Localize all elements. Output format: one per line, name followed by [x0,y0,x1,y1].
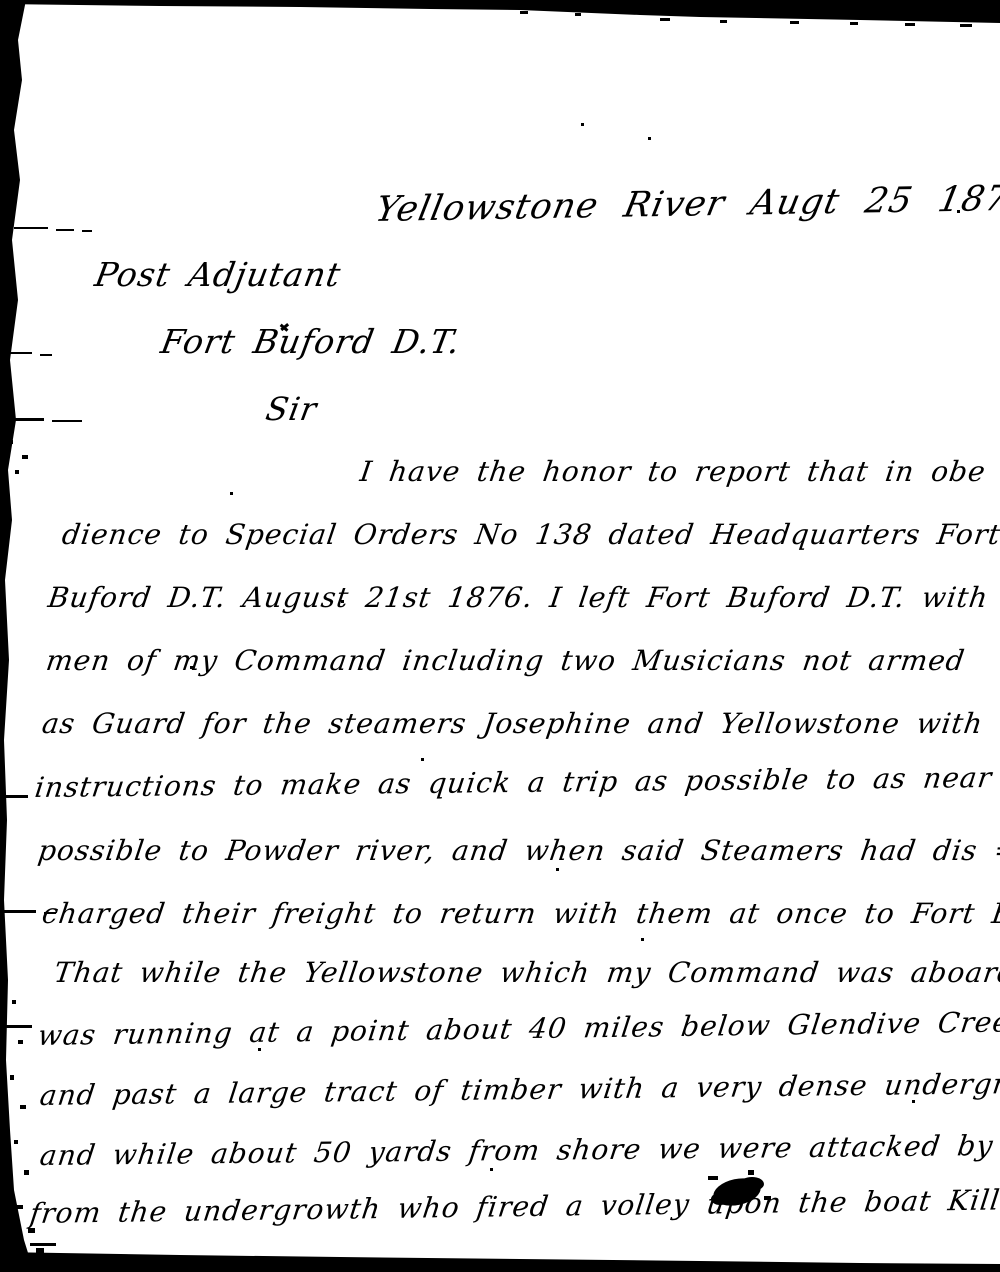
body-line: charged their freight to return with the… [40,897,1000,930]
scan-noise-top [520,11,972,27]
scan-edge-left [0,0,34,1272]
body-line: That while the Yellowstone which my Comm… [52,956,1000,989]
body-line: and while about 50 yards from shore we w… [38,1128,1000,1172]
salutation: Sir [263,390,320,428]
body-line: from the undergrowth who fired a volley … [28,1183,1000,1230]
body-line: and past a large tract of timber with a … [38,1066,1000,1112]
body-line: possible to Powder river, and when said … [36,834,1000,867]
address-line-fort-buford: Fort Buford D.T. [158,322,464,361]
body-line: instructions to make as quick a trip as … [33,760,1000,804]
body-line: I have the honor to report that in obe = [358,455,1000,488]
body-line: as Guard for the steamers Josephine and … [40,707,985,740]
body-line: dience to Special Orders No 138 dated He… [60,518,1000,551]
heading-place-date: Yellowstone River Augt 25 1876 [372,179,1000,230]
body-line: men of my Command including two Musician… [44,644,967,677]
scan-edge-top [0,0,1000,23]
body-line: Buford D.T. August 21st 1876. I left For… [46,581,1000,614]
letter-page-scan: Yellowstone River Augt 25 1876 Post Adju… [0,0,1000,1272]
body-line: was running at a point about 40 miles be… [36,1005,1000,1052]
address-line-post-adjutant: Post Adjutant [92,255,344,294]
scan-edge-bottom [0,1252,1000,1272]
